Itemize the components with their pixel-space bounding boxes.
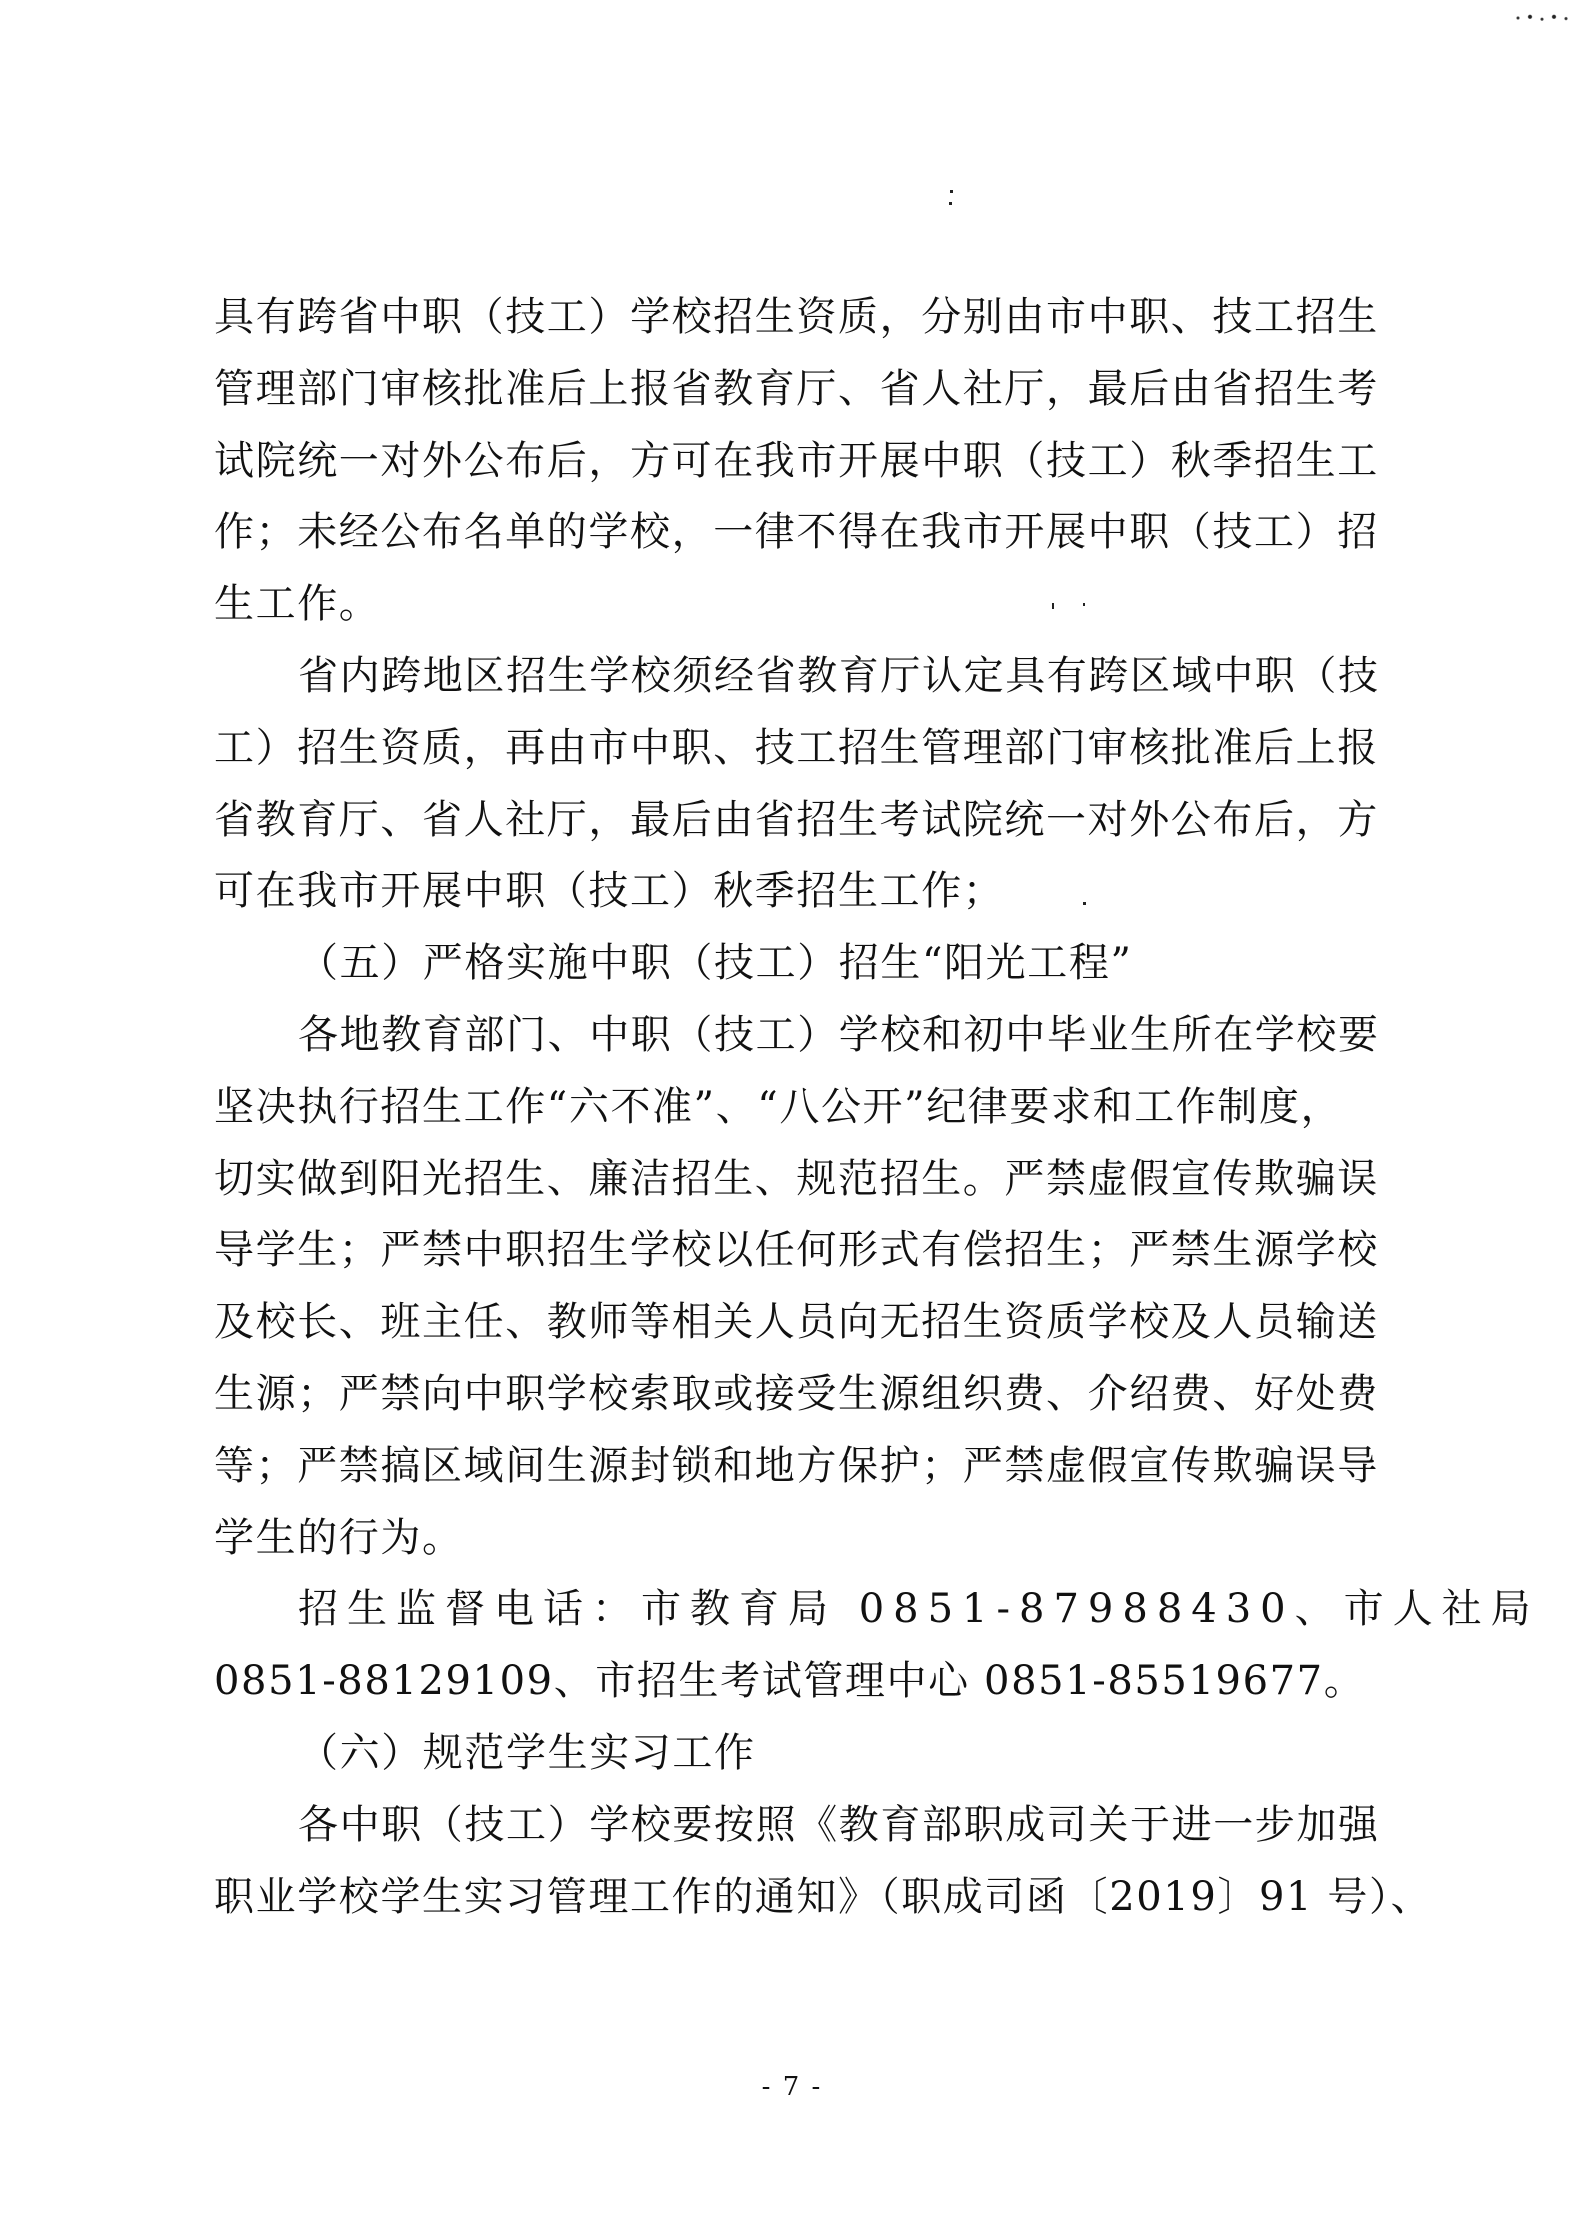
text-line: 管理部门审核批准后上报省教育厅、省人社厅，最后由省招生考 — [214, 354, 1386, 426]
text-line: 具有跨省中职（技工）学校招生资质，分别由市中职、技工招生 — [214, 282, 1386, 354]
paragraph-start-line: 各地教育部门、中职（技工）学校和初中毕业生所在学校要 — [214, 1000, 1386, 1072]
scan-speck — [949, 202, 952, 205]
text-line: 试院统一对外公布后，方可在我市开展中职（技工）秋季招生工 — [214, 426, 1386, 498]
page-number: - 7 - — [0, 2072, 1584, 2102]
scan-speck — [950, 190, 953, 193]
text-line: 职业学校学生实习管理工作的通知》（职成司函〔2019〕91 号）、 — [214, 1862, 1386, 1934]
text-line: 及校长、班主任、教师等相关人员向无招生资质学校及人员输送 — [214, 1287, 1386, 1359]
section-heading-6: （六）规范学生实习工作 — [214, 1718, 1386, 1790]
text-line: 生源；严禁向中职学校索取或接受生源组织费、介绍费、好处费 — [214, 1359, 1386, 1431]
document-page: 具有跨省中职（技工）学校招生资质，分别由市中职、技工招生 管理部门审核批准后上报… — [0, 0, 1584, 2234]
text-line: 作；未经公布名单的学校，一律不得在我市开展中职（技工）招 — [214, 497, 1386, 569]
document-body: 具有跨省中职（技工）学校招生资质，分别由市中职、技工招生 管理部门审核批准后上报… — [214, 282, 1386, 1933]
text-line: 等；严禁搞区域间生源封锁和地方保护；严禁虚假宣传欺骗误导 — [214, 1431, 1386, 1503]
text-line: 生工作。 — [214, 569, 1386, 641]
text-line: 坚决执行招生工作“六不准”、“八公开”纪律要求和工作制度， — [214, 1072, 1386, 1144]
text-line: 可在我市开展中职（技工）秋季招生工作； — [214, 856, 1386, 928]
scan-artifact — [1512, 12, 1572, 24]
text-line: 导学生；严禁中职招生学校以任何形式有偿招生；严禁生源学校 — [214, 1215, 1386, 1287]
section-heading-5: （五）严格实施中职（技工）招生“阳光工程” — [214, 928, 1386, 1000]
supervision-phone-line: 招生监督电话：市教育局 0851-87988430、市人社局 — [214, 1574, 1386, 1646]
text-line: 省教育厅、省人社厅，最后由省招生考试院统一对外公布后，方 — [214, 785, 1386, 857]
paragraph-start-line: 各中职（技工）学校要按照《教育部职成司关于进一步加强 — [214, 1790, 1386, 1862]
text-line: 切实做到阳光招生、廉洁招生、规范招生。严禁虚假宣传欺骗误 — [214, 1144, 1386, 1216]
paragraph-start-line: 省内跨地区招生学校须经省教育厅认定具有跨区域中职（技 — [214, 641, 1386, 713]
supervision-phone-line: 0851-88129109、市招生考试管理中心 0851-85519677。 — [214, 1646, 1386, 1718]
text-line: 工）招生资质，再由市中职、技工招生管理部门审核批准后上报 — [214, 713, 1386, 785]
text-line: 学生的行为。 — [214, 1503, 1386, 1575]
